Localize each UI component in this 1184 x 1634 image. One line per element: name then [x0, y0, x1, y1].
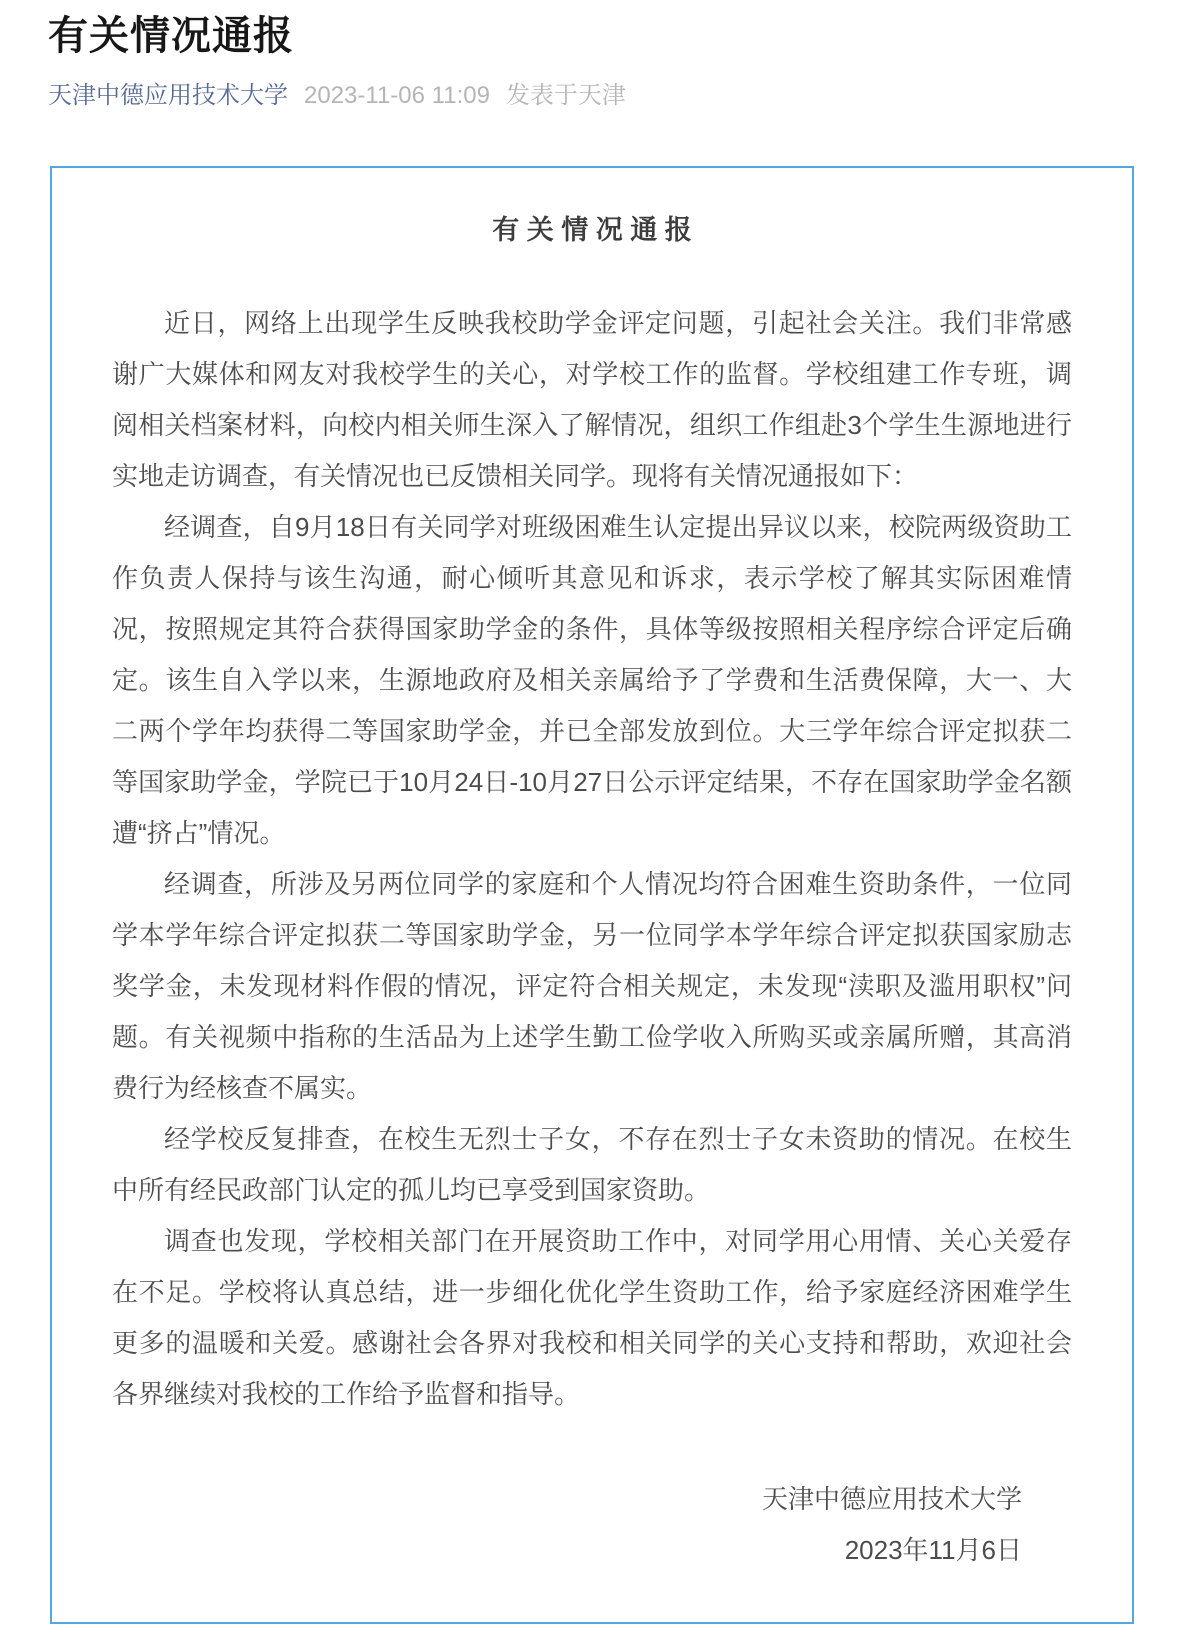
account-name-link[interactable]: 天津中德应用技术大学	[48, 80, 288, 112]
notice-card: 有 关 情 况 通 报 近日，网络上出现学生反映我校助学金评定问题，引起社会关注…	[50, 166, 1134, 1624]
publish-location: 发表于天津	[506, 80, 626, 112]
article-meta: 天津中德应用技术大学 2023-11-06 11:09 发表于天津	[48, 80, 1136, 112]
notice-signature: 天津中德应用技术大学 2023年11月6日	[112, 1474, 1072, 1576]
signature-org: 天津中德应用技术大学	[112, 1474, 1022, 1525]
notice-paragraph: 经学校反复排查，在校生无烈士子女，不存在烈士子女未资助的情况。在校生中所有经民政…	[112, 1114, 1072, 1216]
notice-paragraph: 经调查，自9月18日有关同学对班级困难生认定提出异议以来，校院两级资助工作负责人…	[112, 502, 1072, 859]
publish-timestamp: 2023-11-06 11:09	[304, 80, 490, 112]
notice-title: 有 关 情 况 通 报	[112, 210, 1072, 250]
notice-paragraph: 近日，网络上出现学生反映我校助学金评定问题，引起社会关注。我们非常感谢广大媒体和…	[112, 298, 1072, 502]
signature-date: 2023年11月6日	[112, 1525, 1022, 1576]
notice-paragraph: 经调查，所涉及另两位同学的家庭和个人情况均符合困难生资助条件，一位同学本学年综合…	[112, 859, 1072, 1114]
page-title: 有关情况通报	[48, 8, 1136, 64]
notice-body: 近日，网络上出现学生反映我校助学金评定问题，引起社会关注。我们非常感谢广大媒体和…	[112, 298, 1072, 1420]
notice-paragraph: 调查也发现，学校相关部门在开展资助工作中，对同学用心用情、关心关爱存在不足。学校…	[112, 1216, 1072, 1420]
article-page: 有关情况通报 天津中德应用技术大学 2023-11-06 11:09 发表于天津…	[0, 0, 1184, 1634]
